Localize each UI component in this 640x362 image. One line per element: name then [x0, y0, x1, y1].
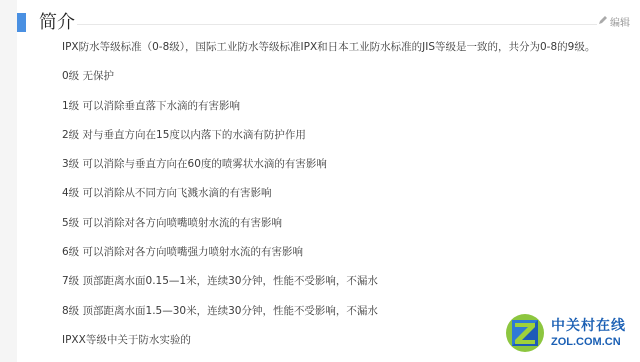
- left-margin-strip: [0, 0, 17, 362]
- zol-watermark-logo: 中关村在线 ZOL.COM.CN: [505, 312, 635, 354]
- paragraph-intro: IPX防水等级标准（0-8级），国际工业防水等级标准IPX和日本工业防水标准的J…: [62, 40, 632, 54]
- section-title: 简介: [39, 10, 75, 36]
- pencil-icon: [598, 15, 608, 28]
- section-accent-bar: [17, 13, 26, 32]
- paragraph-level-4: 4级 可以消除从不同方向飞溅水滴的有害影响: [62, 186, 632, 200]
- header-divider: [77, 24, 597, 25]
- section-header: 简介 编辑: [17, 10, 640, 38]
- paragraph-level-0: 0级 无保护: [62, 69, 632, 83]
- paragraph-level-3: 3级 可以消除与垂直方向在60度的喷雾状水滴的有害影响: [62, 157, 632, 171]
- paragraph-level-5: 5级 可以消除对各方向喷嘴喷射水流的有害影响: [62, 216, 632, 230]
- edit-button[interactable]: 编辑: [598, 14, 630, 29]
- zol-logo-en: ZOL.COM.CN: [551, 335, 626, 349]
- zol-logo-icon: [505, 313, 545, 353]
- paragraph-level-2: 2级 对与垂直方向在15度以内落下的水滴有防护作用: [62, 128, 632, 142]
- paragraph-level-7: 7级 顶部距离水面0.15—1米，连续30分钟，性能不受影响，不漏水: [62, 274, 632, 288]
- zol-logo-cn: 中关村在线: [551, 318, 626, 335]
- paragraph-level-6: 6级 可以消除对各方向喷嘴强力喷射水流的有害影响: [62, 245, 632, 259]
- edit-label: 编辑: [610, 14, 630, 29]
- paragraph-level-1: 1级 可以消除垂直落下水滴的有害影响: [62, 99, 632, 113]
